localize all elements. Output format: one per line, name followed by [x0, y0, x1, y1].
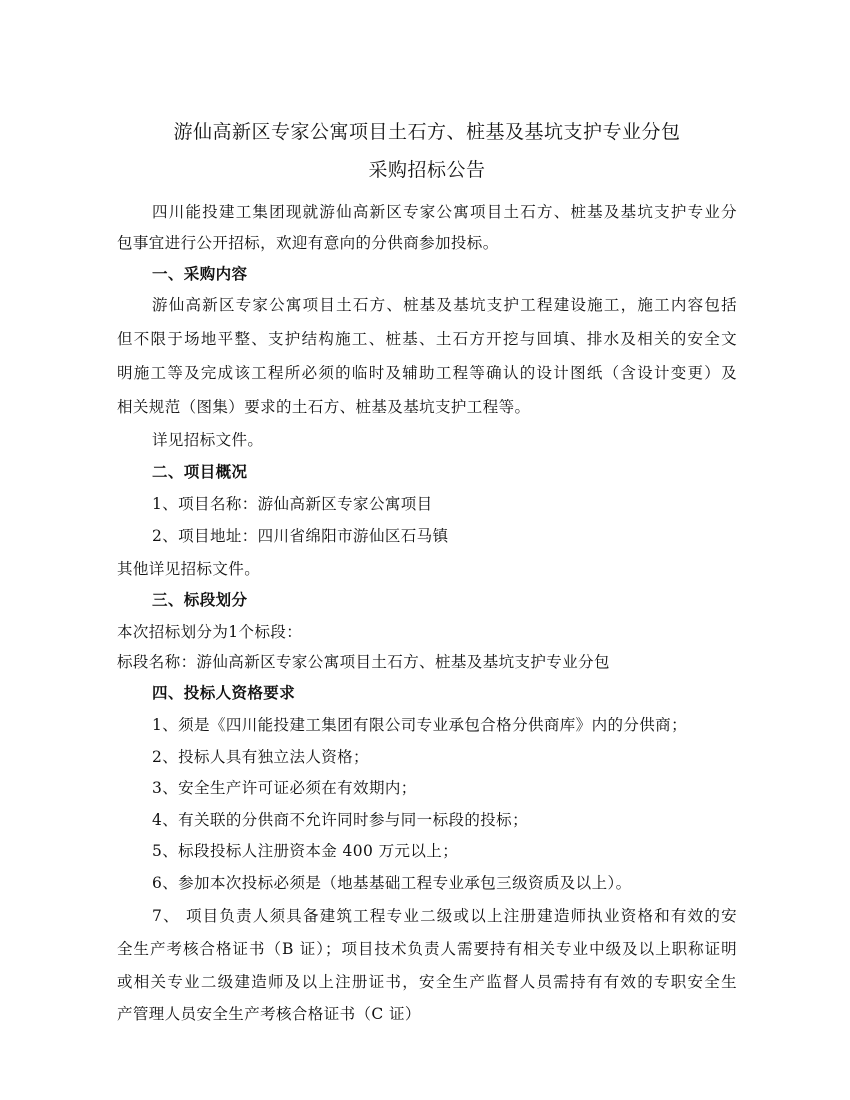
intro-line-1: 四川能投建工集团现就游仙高新区专家公寓项目土石方、桩基及基坑支护专业分: [152, 202, 737, 222]
procurement-content-line-4: 相关规范（图集）要求的土石方、桩基及基坑支护工程等。: [117, 397, 737, 417]
qualification-item-7-line-3: 或相关专业二级建造师及以上注册证书，安全生产监督人员需持有有效的专职安全生: [117, 972, 737, 992]
document-title-line-2: 采购招标公告: [117, 155, 737, 182]
qualification-item-1: 1、须是《四川能投建工集团有限公司专业承包合格分供商库》内的分供商；: [152, 715, 737, 735]
procurement-content-line-2: 但不限于场地平整、支护结构施工、桩基、土石方开挖与回填、排水及相关的安全文: [117, 329, 737, 349]
qualification-item-7-line-2: 全生产考核合格证书（B 证）；项目技术负责人需要持有相关专业中级及以上职称证明: [117, 939, 737, 959]
section-heading-procurement-content: 一、采购内容: [152, 264, 737, 284]
qualification-item-2: 2、投标人具有独立法人资格；: [152, 747, 737, 767]
lot-count: 本次招标划分为1个标段：: [117, 622, 737, 642]
project-other-details: 其他详见招标文件。: [117, 559, 737, 579]
procurement-content-line-1: 游仙高新区专家公寓项目土石方、桩基及基坑支护工程建设施工，施工内容包括: [152, 295, 737, 315]
project-name: 1、项目名称：游仙高新区专家公寓项目: [152, 494, 737, 514]
section-heading-project-overview: 二、项目概况: [152, 462, 737, 482]
qualification-item-7-line-4: 产管理人员安全生产考核合格证书（C 证）: [117, 1004, 737, 1024]
section-heading-lot-division: 三、标段划分: [152, 590, 737, 610]
qualification-item-5: 5、标段投标人注册资本金 400 万元以上；: [152, 841, 737, 861]
project-address: 2、项目地址：四川省绵阳市游仙区石马镇: [152, 526, 737, 546]
qualification-item-3: 3、安全生产许可证必须在有效期内；: [152, 778, 737, 798]
qualification-item-7-line-1: 7、 项目负责人须具备建筑工程专业二级或以上注册建造师执业资格和有效的安: [152, 906, 737, 926]
procurement-content-line-3: 明施工等及完成该工程所必须的临时及辅助工程等确认的设计图纸（含设计变更）及: [117, 363, 737, 383]
intro-line-2: 包事宜进行公开招标，欢迎有意向的分供商参加投标。: [117, 233, 737, 253]
lot-name: 标段名称：游仙高新区专家公寓项目土石方、桩基及基坑支护专业分包: [117, 652, 737, 672]
qualification-item-6: 6、参加本次投标必须是（地基基础工程专业承包三级资质及以上）。: [152, 873, 737, 893]
document-title-line-1: 游仙高新区专家公寓项目土石方、桩基及基坑支护专业分包: [117, 117, 737, 144]
qualification-item-4: 4、有关联的分供商不允许同时参与同一标段的投标；: [152, 810, 737, 830]
procurement-content-line-5: 详见招标文件。: [152, 430, 737, 450]
section-heading-bidder-qualifications: 四、投标人资格要求: [152, 683, 737, 703]
